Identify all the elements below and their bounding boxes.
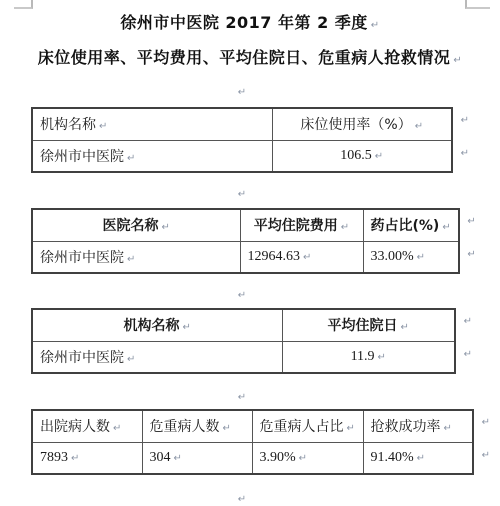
cell-value: 91.40% [371,450,414,465]
end-of-cell-mark-icon: ↵ [341,222,349,233]
avg-stay-table: 机构名称↵ 平均住院日↵ 徐州市中医院↵ 11.9↵ [31,308,456,374]
cell-value: 106.5 [340,148,372,163]
end-of-cell-mark-icon: ↵ [417,252,425,263]
end-of-cell-mark-icon: ↵ [99,121,107,132]
cell-value: 3.90% [260,450,296,465]
data-cell: 徐州市中医院↵ [32,140,272,172]
empty-paragraph: ↵ [12,182,472,198]
data-cell: 33.00%↵ [363,241,459,273]
data-cell: 3.90%↵ [252,442,363,474]
header-cell: 出院病人数↵ [32,410,142,442]
avg-cost-table: 医院名称↵ 平均住院费用↵ 药占比(%)↵ 徐州市中医院↵ 12964.63↵ … [31,208,460,274]
cell-value: 7893 [40,450,68,465]
end-of-cell-mark-icon: ↵ [183,322,191,333]
data-cell: 7893↵ [32,442,142,474]
end-of-cell-mark-icon: ↵ [127,153,135,164]
cell-value: 徐州市中医院 [40,350,124,366]
rescue-table: 出院病人数↵ 危重病人数↵ 危重病人占比↵ 抢救成功率↵ 7893↵ 304↵ … [31,409,474,475]
document-title-line2: 床位使用率、平均费用、平均住院日、危重病人抢救情况↵ [0,45,500,68]
header-cell: 医院名称↵ [32,209,240,241]
header-label: 床位使用率（%） [300,117,411,133]
end-of-cell-mark-icon: ↵ [378,352,386,363]
end-of-cell-mark-icon: ↵ [442,222,450,233]
table-header-row: 机构名称↵ 床位使用率（%）↵ [32,108,452,140]
table-row: 徐州市中医院↵ 12964.63↵ 33.00%↵ [32,241,459,273]
empty-paragraph: ↵ [12,385,472,401]
end-of-row-mark-icon: ↵ [482,417,490,428]
data-cell: 106.5↵ [272,140,452,172]
end-of-row-mark-icon: ↵ [482,450,490,461]
end-of-cell-mark-icon: ↵ [444,423,452,434]
table-avg-stay-wrap: 机构名称↵ 平均住院日↵ 徐州市中医院↵ 11.9↵ ↵ ↵ [31,308,456,374]
paragraph-mark-icon: ↵ [238,189,246,200]
end-of-row-mark-icon: ↵ [464,316,472,327]
paragraph-mark-icon: ↵ [371,20,380,31]
end-of-cell-mark-icon: ↵ [223,423,231,434]
table-row: 徐州市中医院↵ 11.9↵ [32,341,455,373]
page-boundary-mark-right [465,0,490,9]
data-cell: 304↵ [142,442,252,474]
data-cell: 徐州市中医院↵ [32,241,240,273]
table-rescue-wrap: 出院病人数↵ 危重病人数↵ 危重病人占比↵ 抢救成功率↵ 7893↵ 304↵ … [31,409,474,475]
paragraph-mark-icon: ↵ [238,87,246,98]
title-text: 徐州市中医院 2017 年第 2 季度 [120,13,367,32]
header-label: 危重病人数 [150,419,220,435]
table-avg-cost-wrap: 医院名称↵ 平均住院费用↵ 药占比(%)↵ 徐州市中医院↵ 12964.63↵ … [31,208,460,274]
end-of-cell-mark-icon: ↵ [417,453,425,464]
paragraph-mark-icon: ↵ [238,392,246,403]
end-of-row-mark-icon: ↵ [461,115,469,126]
table-header-row: 机构名称↵ 平均住院日↵ [32,309,455,341]
header-label: 机构名称 [40,117,96,133]
end-of-cell-mark-icon: ↵ [415,121,423,132]
end-of-cell-mark-icon: ↵ [303,252,311,263]
header-cell: 危重病人数↵ [142,410,252,442]
header-cell: 抢救成功率↵ [363,410,473,442]
cell-value: 徐州市中医院 [40,149,124,165]
end-of-cell-mark-icon: ↵ [347,423,355,434]
end-of-row-mark-icon: ↵ [461,148,469,159]
header-cell: 机构名称↵ [32,309,282,341]
title-text: 床位使用率、平均费用、平均住院日、危重病人抢救情况 [38,48,451,67]
empty-paragraph: ↵ [12,283,472,299]
header-label: 机构名称 [124,318,180,334]
empty-paragraph: ↵ [12,487,472,503]
end-of-row-mark-icon: ↵ [467,216,475,227]
header-cell: 平均住院费用↵ [240,209,363,241]
data-cell: 91.40%↵ [363,442,473,474]
end-of-cell-mark-icon: ↵ [375,151,383,162]
document-page: 徐州市中医院 2017 年第 2 季度↵ 床位使用率、平均费用、平均住院日、危重… [0,0,500,506]
table-bed-usage-wrap: 机构名称↵ 床位使用率（%）↵ 徐州市中医院↵ 106.5↵ ↵ ↵ [31,107,453,173]
data-cell: 11.9↵ [282,341,455,373]
end-of-row-mark-icon: ↵ [464,349,472,360]
header-cell: 药占比(%)↵ [363,209,459,241]
header-cell: 危重病人占比↵ [252,410,363,442]
table-row: 7893↵ 304↵ 3.90%↵ 91.40%↵ [32,442,473,474]
page-boundary-mark-left [14,0,33,9]
end-of-cell-mark-icon: ↵ [401,322,409,333]
table-row: 徐州市中医院↵ 106.5↵ [32,140,452,172]
end-of-cell-mark-icon: ↵ [174,453,182,464]
table-header-row: 医院名称↵ 平均住院费用↵ 药占比(%)↵ [32,209,459,241]
end-of-cell-mark-icon: ↵ [299,453,307,464]
paragraph-mark-icon: ↵ [238,290,246,301]
header-label: 危重病人占比 [260,419,344,435]
cell-value: 33.00% [371,249,414,264]
cell-value: 徐州市中医院 [40,250,124,266]
document-title-line1: 徐州市中医院 2017 年第 2 季度↵ [0,10,500,33]
empty-paragraph: ↵ [12,80,472,96]
header-cell: 床位使用率（%）↵ [272,108,452,140]
bed-usage-table: 机构名称↵ 床位使用率（%）↵ 徐州市中医院↵ 106.5↵ [31,107,453,173]
end-of-cell-mark-icon: ↵ [162,222,170,233]
header-label: 出院病人数 [40,419,110,435]
header-cell: 平均住院日↵ [282,309,455,341]
header-label: 平均住院日 [328,318,398,334]
cell-value: 304 [150,450,171,465]
header-label: 医院名称 [103,218,159,234]
header-label: 抢救成功率 [371,419,441,435]
table-header-row: 出院病人数↵ 危重病人数↵ 危重病人占比↵ 抢救成功率↵ [32,410,473,442]
end-of-row-mark-icon: ↵ [467,249,475,260]
end-of-cell-mark-icon: ↵ [113,423,121,434]
cell-value: 12964.63 [248,249,301,264]
cell-value: 11.9 [351,349,375,364]
paragraph-mark-icon: ↵ [453,55,462,66]
paragraph-mark-icon: ↵ [238,494,246,505]
data-cell: 徐州市中医院↵ [32,341,282,373]
data-cell: 12964.63↵ [240,241,363,273]
header-label: 平均住院费用 [254,218,338,234]
header-cell: 机构名称↵ [32,108,272,140]
end-of-cell-mark-icon: ↵ [127,254,135,265]
end-of-cell-mark-icon: ↵ [71,453,79,464]
header-label: 药占比(%) [371,218,440,234]
end-of-cell-mark-icon: ↵ [127,354,135,365]
